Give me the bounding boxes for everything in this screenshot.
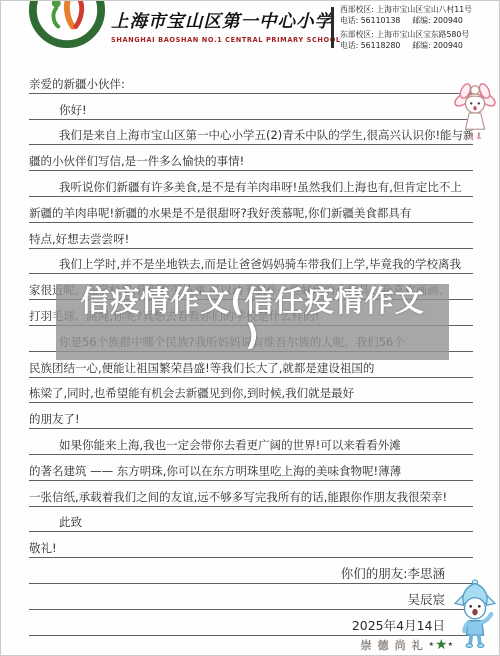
letter-line-salutation: 亲爱的新疆小伙伴: (29, 68, 473, 94)
letter-line: 你好! (29, 94, 473, 120)
letter-line: 的著名建筑 —— 东方明珠,你可以在东方明珠里吃上海的美味食物呢!薄薄 (29, 455, 473, 481)
school-name: 上海市宝山区第一中心小学 (111, 8, 326, 33)
flower-fairy-sticker-icon (453, 83, 497, 143)
letter-line: 栋梁了,同时,也希望能有机会去新疆见到你,到时候,我们就是最好 (29, 378, 473, 404)
campus-east-phone: 电话: 56118280 (340, 41, 400, 52)
letter-line-date: 2025年4月14日 (29, 610, 473, 636)
letter-line-closing: 此致 (29, 507, 473, 533)
star-icon: ★ (435, 638, 448, 652)
school-title-block: 上海市宝山区第一中心小学 SHANGHAI BAOSHAN NO.1 CENTR… (111, 8, 326, 44)
school-name-en: SHANGHAI BAOSHAN NO.1 CENTRAL PRIMARY SC… (111, 36, 326, 44)
letter-line: 一张信纸,承载着我们之间的友谊,远不够多写完我所有的话,能跟你作朋友我很荣幸! (29, 481, 473, 507)
letter-line: 我们上学时,并不是坐地铁去,而是让爸爸妈妈骑车带我们上学,毕竟我的学校离我 (29, 249, 473, 275)
campus-east-postal: 邮编: 200940 (412, 41, 462, 52)
footer-motto: 崇德尚礼 ★ ★ ★ (361, 637, 453, 653)
campus-west-phone: 电话: 56110138 (340, 16, 400, 27)
campus-address-block: 西部校区: 上海市宝山区宝山八村11号 电话: 56110138 邮编: 200… (340, 5, 480, 55)
letter-line: 的朋友了! (29, 403, 473, 429)
letter-line: 我们是来自上海市宝山区第一中心小学五(2)青禾中队的学生,很高兴认识你!能与新 (29, 120, 473, 146)
letter-line-signature: 你们的朋友:李思涵 (29, 558, 473, 584)
letter-line: 如果你能来上海,我也一定会带你去看更广阔的世界!可以来看看外滩 (29, 429, 473, 455)
letter-line: 疆的小伙伴们写信,是一件多么愉快的事情! (29, 145, 473, 171)
campus-east: 东部校区: 上海市宝山区宝东路580号 电话: 56118280 邮编: 200… (340, 30, 480, 51)
mini-star-icon: ★ (448, 642, 453, 648)
mascot-sticker-icon (453, 577, 497, 651)
letter-line: 新疆的羊肉串呢!新疆的水果是不是很甜呀?我好羡慕呢,你们新疆美食都具有 (29, 197, 473, 223)
letter-page: 上海市宝山区第一中心小学 SHANGHAI BAOSHAN NO.1 CENTR… (0, 0, 500, 656)
watermark-title-line2: ) (245, 318, 259, 352)
campus-west: 西部校区: 上海市宝山区宝山八村11号 电话: 56110138 邮编: 200… (340, 5, 480, 26)
watermark-title-overlay: 信疫情作文(信任疫情作文 ) (56, 284, 449, 360)
campus-west-postal: 邮编: 200940 (412, 16, 462, 27)
campus-west-address: 西部校区: 上海市宝山区宝山八村11号 (340, 5, 480, 16)
letter-line-salute: 敬礼! (29, 532, 473, 558)
campus-east-address: 东部校区: 上海市宝山区宝东路580号 (340, 30, 480, 41)
header-divider (331, 7, 334, 48)
mini-star-icon: ★ (429, 642, 434, 648)
letter-line: 特点,好想去尝尝呀! (29, 223, 473, 249)
motto-text: 崇德尚礼 (361, 637, 429, 653)
watermark-title-line1: 信疫情作文(信任疫情作文 (80, 284, 424, 318)
school-logo-icon (28, 0, 106, 49)
letter-line: 我听说你们新疆有许多美食,是不是有羊肉串呀!虽然我们上海也有,但肯定比不上 (29, 171, 473, 197)
letter-line-signature2: 吴辰宸 (29, 584, 473, 610)
